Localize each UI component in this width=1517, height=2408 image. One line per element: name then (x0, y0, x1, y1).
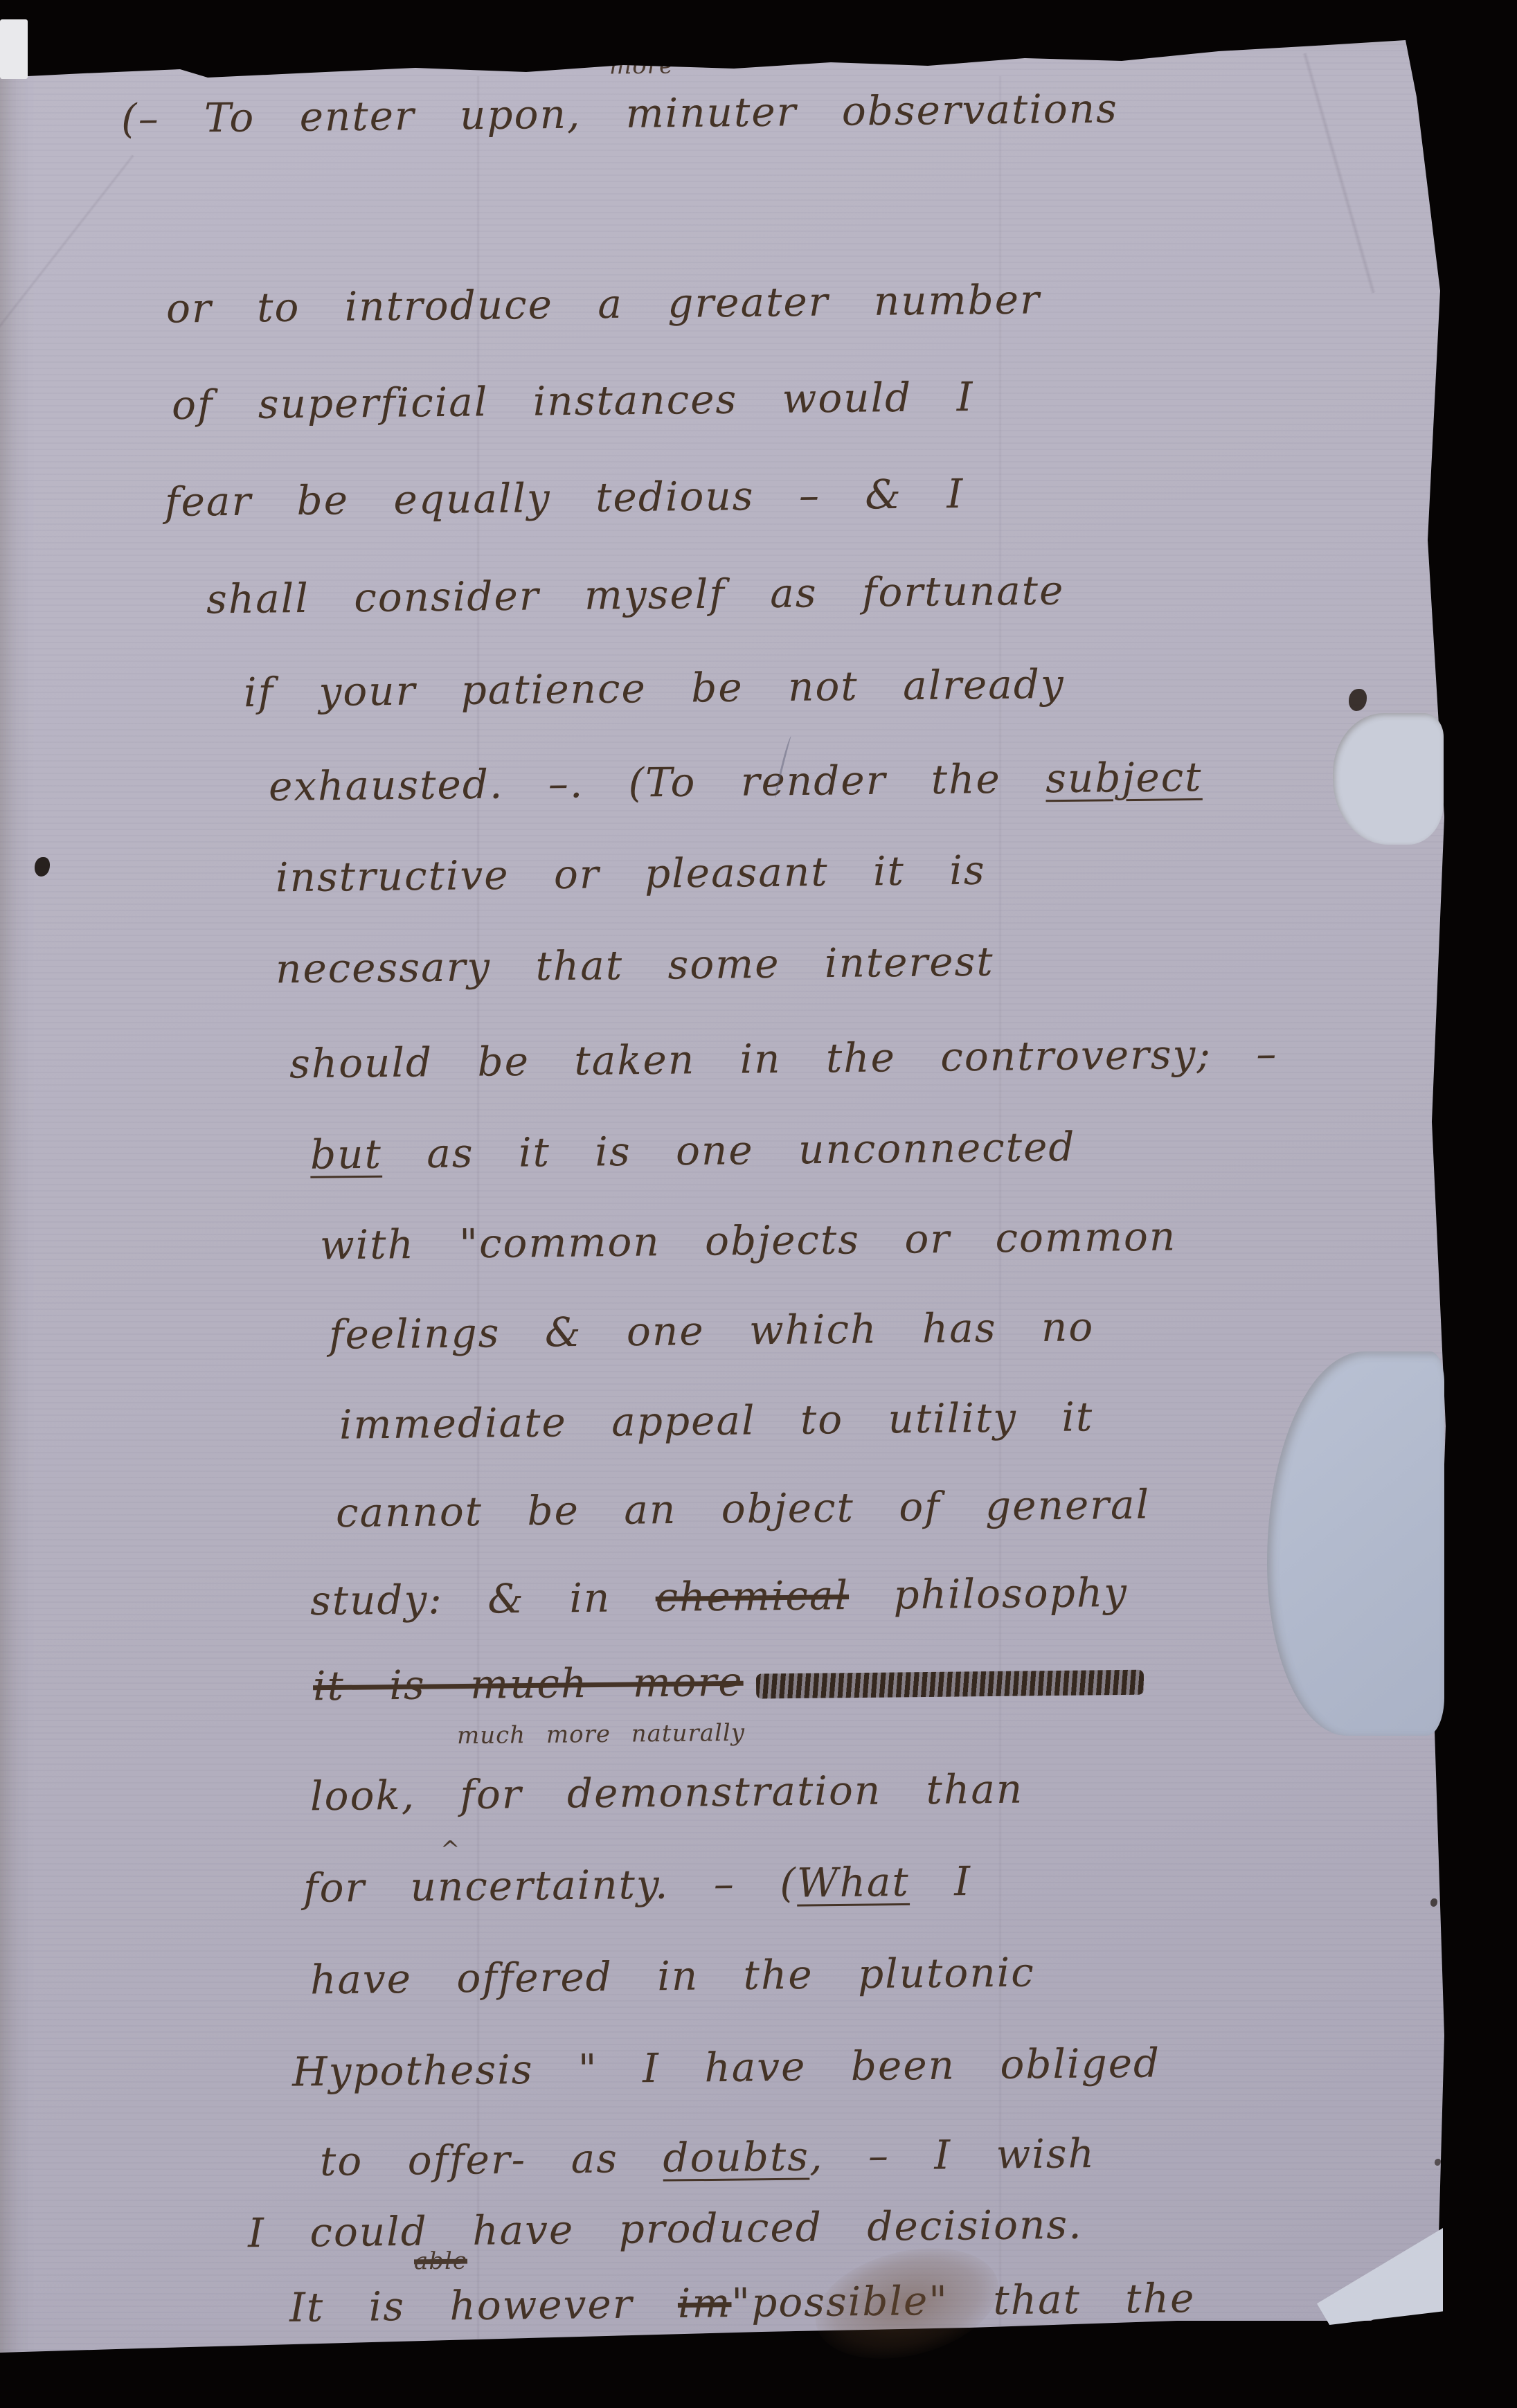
manuscript-line: but as it is one unconnected (310, 1123, 1076, 1178)
handwritten-text: immediate appeal to utility it (339, 1393, 1094, 1448)
edge-repair-patch (1333, 713, 1444, 845)
manuscript-line: look, for demonstration than (310, 1765, 1024, 1820)
manuscript-line: exhausted. –. (To render the subject (269, 753, 1203, 810)
vertical-fold-crease (476, 76, 480, 2340)
manuscript-line: for uncertainty. – (What I (303, 1858, 972, 1912)
caret-mark: ^ (445, 2342, 465, 2369)
interlinear-insertion-more: more (609, 52, 674, 80)
manuscript-line: study: & in chemical philosophy (310, 1569, 1129, 1624)
underlined-word: subject (1045, 753, 1203, 802)
manuscript-line: shall consider myself as fortunate (206, 567, 1065, 623)
struck-word: chemical (655, 1572, 849, 1621)
handwritten-text: exhausted. –. (To render the (269, 755, 1046, 810)
manuscript-page: more(– To enter upon, minuter observatio… (0, 0, 1517, 2408)
handwritten-text: of superficial instances would I (172, 373, 974, 429)
handwritten-text: philosophy (849, 1569, 1129, 1619)
handwritten-text: feelings & one which has no (329, 1303, 1095, 1358)
handwritten-text: instructive or pleasant it is (276, 847, 986, 901)
handwritten-text: ^ (445, 2342, 465, 2369)
manuscript-line: immediate appeal to utility it (339, 1393, 1094, 1448)
manuscript-line: if your patience be not already (244, 661, 1065, 716)
handwritten-text: more (609, 52, 674, 80)
handwritten-text: ^ (440, 1836, 461, 1864)
interlinear-deletion-able: able (414, 2247, 467, 2276)
handwritten-text: to offer- as (320, 2135, 663, 2185)
handwritten-text: necessary that some interest (276, 938, 994, 993)
handwritten-text: Hypothesis " I have been obliged (292, 2039, 1161, 2095)
underlined-word: doubts (663, 2132, 809, 2181)
handwritten-text: should be taken in the controversy; – (289, 1030, 1278, 1088)
handwritten-text: for uncertainty. – ( (303, 1860, 798, 1912)
handwritten-text: , – I wish (809, 2130, 1096, 2180)
handwritten-text: I could have produced decisions. (248, 2201, 1083, 2257)
manuscript-line: (– To enter upon, minuter observations (121, 84, 1118, 142)
vertical-fold-crease (998, 76, 1002, 2326)
deleted-line: it is much more (313, 1654, 1144, 1710)
deletion-scribble (756, 1670, 1144, 1699)
struck-word: it is much more (313, 1658, 744, 1710)
manuscript-line: Hypothesis " I have been obliged (292, 2039, 1161, 2095)
handwritten-text: if your patience be not already (244, 661, 1065, 716)
manuscript-line: of superficial instances would I (172, 373, 974, 429)
manuscript-line: cannot be an object of general (336, 1481, 1151, 1536)
underlined-word: but (310, 1131, 383, 1178)
caret-mark: ^ (440, 1836, 461, 1864)
handwritten-text: with "common objects or common (320, 1213, 1177, 1269)
manuscript-line: fear be equally tedious – & I (165, 470, 964, 525)
struck-word: able (414, 2247, 467, 2276)
manuscript-line: should be taken in the controversy; – (289, 1030, 1278, 1088)
underlined-word: What (797, 1858, 910, 1907)
handwritten-text: or to introduce a greater number (166, 276, 1041, 332)
handwritten-text: shall consider myself as fortunate (206, 567, 1065, 623)
manuscript-line: have offered in the plutonic (310, 1949, 1035, 2004)
struck-word: im (678, 2279, 732, 2327)
handwritten-text: (– To enter upon, minuter observations (121, 84, 1118, 142)
handwritten-text: fear be equally tedious – & I (165, 470, 964, 525)
handwritten-text: as it is one unconnected (382, 1123, 1075, 1177)
handwritten-text: cannot be an object of general (336, 1481, 1151, 1536)
photograph-background: more(– To enter upon, minuter observatio… (0, 0, 1517, 2408)
manuscript-line: instructive or pleasant it is (276, 847, 986, 901)
manuscript-line: to offer- as doubts, – I wish (320, 2130, 1096, 2185)
manuscript-line: I could have produced decisions. (248, 2201, 1083, 2257)
handwritten-text: have offered in the plutonic (310, 1949, 1035, 2004)
manuscript-line: feelings & one which has no (329, 1303, 1095, 1358)
handwritten-text: study: & in (310, 1574, 656, 1624)
manuscript-line: or to introduce a greater number (166, 276, 1041, 332)
manuscript-line: necessary that some interest (276, 938, 994, 993)
handwritten-text: I (909, 1858, 971, 1905)
manuscript-line: with "common objects or common (320, 1213, 1177, 1269)
handwritten-text: look, for demonstration than (310, 1765, 1024, 1820)
manuscript-line: It is however im"possible" that the (289, 2274, 1196, 2331)
archival-tab (0, 19, 28, 79)
handwritten-text: much more naturally (457, 1719, 745, 1750)
handwritten-text: It is however (289, 2280, 679, 2331)
interlinear-insertion-naturally: much more naturally (457, 1719, 745, 1750)
